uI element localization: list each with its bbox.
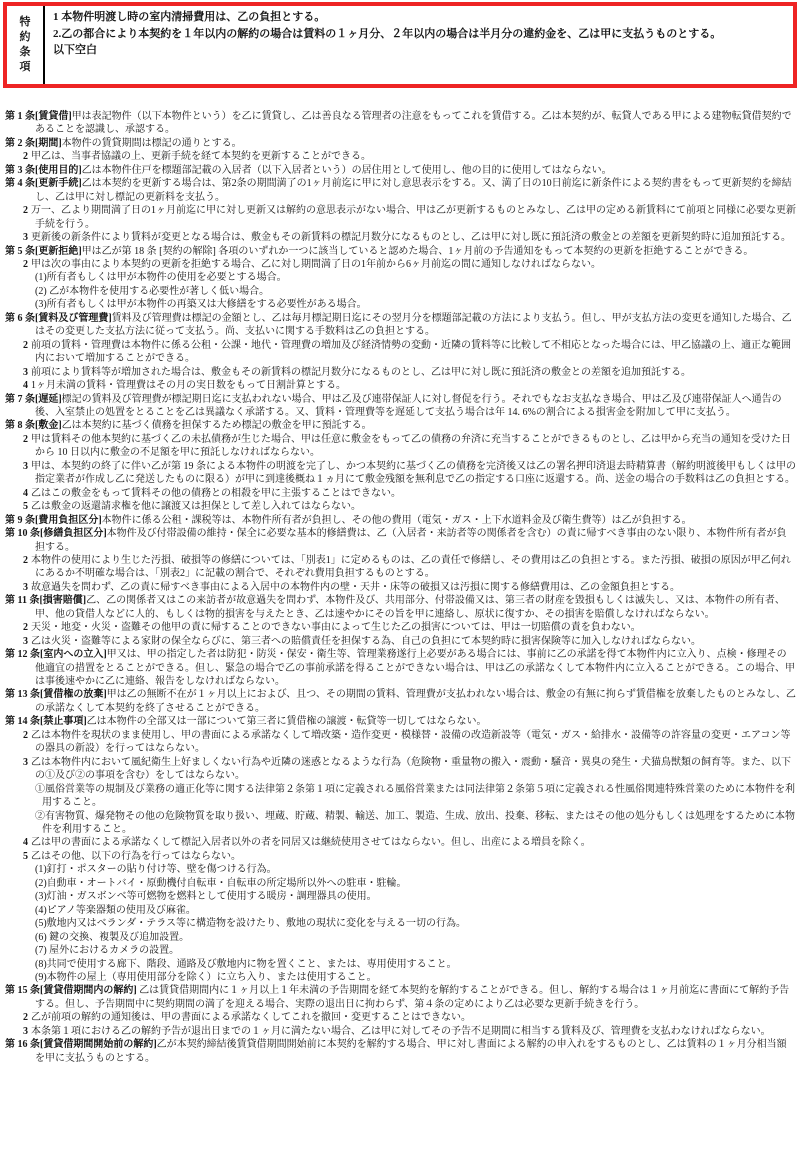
article-heading: 第 7 条[遅延] <box>5 394 62 405</box>
subclause-detail-item: (3)所有者もしくは甲が本物件の再築又は大修繕をする必要性がある場合。 <box>5 298 796 311</box>
subclause-detail-item: (5)敷地内又はベランダ・テラス等に構造物を設けたり、敷地の現状に変化を与える一… <box>5 917 796 930</box>
subclause-number: 2 <box>23 205 28 216</box>
subclause-text: 万一、乙より期間満了日の1ヶ月前迄に甲に対し更新又は解約の意思表示がない場合、甲… <box>31 205 796 229</box>
subclause-detail-item: (6) 鍵の交換、複製及び追加設置。 <box>5 931 796 944</box>
article-heading: 第 5 条[更新拒絶] <box>5 246 82 257</box>
article-heading: 第 2 条[期間] <box>5 138 62 149</box>
article-paragraph: 第 15 条[賃貸借期間内の解約] 乙は賃貸借期間内に１ヶ月以上１年未満の予告期… <box>5 984 796 1011</box>
article: 第 13 条[賃借権の放棄]甲は乙の無断不在が１ヶ月以上におよび、且つ、その期間… <box>5 688 796 715</box>
article-subclause: 3前項により賃料等が増加された場合は、敷金もその新賃料の標記月数分になるものとし… <box>5 366 796 379</box>
article-paragraph: 第 12 条[室内への立入]甲又は、甲の指定した者は防犯・防災・保安・衛生等、管… <box>5 648 796 688</box>
article-subclause: 2甲は賃料その他本契約に基づく乙の未払債務が生じた場合、甲は任意に敷金をもって乙… <box>5 433 796 460</box>
subclause-text: 乙は敷金の返還請求権を他に譲渡又は担保として差し入れてはならない。 <box>31 501 361 512</box>
subclause-number: 2 <box>23 151 28 162</box>
special-provision-line: 1 本物件明渡し時の室内清掃費用は、乙の負担とする。 <box>53 9 785 26</box>
special-provisions-content: 1 本物件明渡し時の室内清掃費用は、乙の負担とする。 2.乙の都合により本契約を… <box>43 6 793 84</box>
article-body: 乙は本物件の全部又は一部について第三者に賃借権の譲渡・転貸等一切してはならない。 <box>87 716 487 727</box>
subclause-text: 甲は次の事由により本契約の更新を拒絶する場合、乙に対し期間満了日の1年前から6ヶ… <box>31 259 601 270</box>
subclause-number: 2 <box>23 730 28 741</box>
article-heading: 第 8 条[敷金] <box>5 420 62 431</box>
article-subclause: 3甲は、本契約の終了に伴い乙が第 19 条による本物件の明渡を完了し、かつ本契約… <box>5 460 796 487</box>
subclause-text: 乙はその他、以下の行為を行ってはならない。 <box>31 851 241 862</box>
article-body: 本物件及び付帯設備の維持・保全に必要な基本的修繕費は、乙（入居者・来訪者等の関係… <box>35 528 786 552</box>
subclause-detail-item: ②有害物質、爆発物その他の危険物質を取り扱い、埋蔵、貯蔵、精製、輸送、加工、製造… <box>5 810 796 837</box>
subclause-number: 3 <box>23 232 28 243</box>
article-paragraph: 第 13 条[賃借権の放棄]甲は乙の無断不在が１ヶ月以上におよび、且つ、その期間… <box>5 688 796 715</box>
subclause-text: 本条第１項における乙の解約予告が退出日までの１ヶ月に満たない場合、乙は甲に対して… <box>31 1026 771 1037</box>
article-paragraph: 第 1 条[賃貸借]甲は表記物件（以下本物件という）を乙に賃貸し、乙は善良なる管… <box>5 110 796 137</box>
article-body: 乙は本契約を更新する場合は、第2条の期間満了の1ヶ月前迄に甲に対し意思表示をする… <box>35 178 792 202</box>
subclause-detail-item: (4)ピアノ等楽器類の使用及び麻雀。 <box>5 904 796 917</box>
special-provisions-box: 特約条項 1 本物件明渡し時の室内清掃費用は、乙の負担とする。 2.乙の都合によ… <box>3 2 797 88</box>
subclause-text: 本物件の使用により生じた汚損、破損等の修繕については、「別表1」に定めるものは、… <box>31 555 791 579</box>
article-paragraph: 第 9 条[費用負担区分]本物件に係る公租・課税等は、本物件所有者が負担し、その… <box>5 514 796 527</box>
article: 第 14 条[禁止事項]乙は本物件の全部又は一部について第三者に賃借権の譲渡・転… <box>5 715 796 984</box>
special-provision-line: 以下空白 <box>53 42 785 59</box>
subclause-detail-item: (1)所有者もしくは甲が本物件の使用を必要とする場合。 <box>5 271 796 284</box>
article-body: 賃料及び管理費は標記の金額とし、乙は毎月標記期日迄にその翌月分を標題部記載の方法… <box>35 313 792 337</box>
article-paragraph: 第 6 条[賃料及び管理費]賃料及び管理費は標記の金額とし、乙は毎月標記期日迄に… <box>5 312 796 339</box>
article-subclause: 3乙は本物件内において風紀衛生上好ましくない行為や近隣の迷惑となるような行為（危… <box>5 756 796 783</box>
article-subclause: 3乙は火災・盗難等による家財の保全ならびに、第三者への賠償責任を担保する為、自己… <box>5 635 796 648</box>
article-body: 甲又は、甲の指定した者は防犯・防災・保安・衛生等、管理業務遂行上必要がある場合に… <box>35 649 795 687</box>
subclause-text: 甲は賃料その他本契約に基づく乙の未払債務が生じた場合、甲は任意に敷金をもって乙の… <box>31 434 791 458</box>
subclause-text: 甲は、本契約の終了に伴い乙が第 19 条による本物件の明渡を完了し、かつ本契約に… <box>31 461 796 485</box>
article-body: 本物件の賃貸期間は標記の通りとする。 <box>62 138 242 149</box>
article-heading: 第 16 条[賃貸借期間開始前の解約] <box>5 1039 157 1050</box>
article-body: 乙は賃貸借期間内に１ヶ月以上１年未満の予告期間を経て本契約を解約することができる… <box>35 985 789 1009</box>
article-paragraph: 第 14 条[禁止事項]乙は本物件の全部又は一部について第三者に賃借権の譲渡・転… <box>5 715 796 728</box>
article: 第 7 条[遅延]標記の賃料及び管理費が標記期日迄に支払われない場合、甲は乙及び… <box>5 393 796 420</box>
subclause-number: 3 <box>23 582 28 593</box>
article-heading: 第 11 条[損害賠償] <box>5 595 86 606</box>
article-subclause: 2甲乙は、当事者協議の上、更新手続を経て本契約を更新することができる。 <box>5 150 796 163</box>
article-paragraph: 第 16 条[賃貸借期間開始前の解約]乙が本契約締結後賃貸借期間開始前に本契約を… <box>5 1038 796 1065</box>
article-paragraph: 第 5 条[更新拒絶]甲は乙が第 18 条 [契約の解除] 各項のいずれか一つに… <box>5 245 796 258</box>
subclause-detail-item: (2) 乙が本物件を使用する必要性が著しく低い場合。 <box>5 285 796 298</box>
article: 第 2 条[期間]本物件の賃貸期間は標記の通りとする。2甲乙は、当事者協議の上、… <box>5 137 796 164</box>
subclause-number: 2 <box>23 259 28 270</box>
article-subclause: 2天災・地変・火災・盗難その他甲の責に帰することのできない事由によって生じた乙の… <box>5 621 796 634</box>
subclause-number: 4 <box>23 488 28 499</box>
article-heading: 第 12 条[室内への立入] <box>5 649 107 660</box>
article-body: 標記の賃料及び管理費が標記期日迄に支払われない場合、甲は乙及び連帯保証人に対し督… <box>35 394 782 418</box>
subclause-number: 5 <box>23 501 28 512</box>
special-provisions-label-text: 特約条項 <box>20 15 31 75</box>
article-subclause: 4乙は甲の書面による承諾なくして標記入居者以外の者を同居又は継続使用させてはなら… <box>5 836 796 849</box>
article-subclause: 2乙が前項の解約の通知後は、甲の書面による承諾なくしてこれを撤回・変更することは… <box>5 1011 796 1024</box>
article-paragraph: 第 10 条[修繕負担区分]本物件及び付帯設備の維持・保全に必要な基本的修繕費は… <box>5 527 796 554</box>
subclause-text: 乙は火災・盗難等による家財の保全ならびに、第三者への賠償責任を担保する為、自己の… <box>31 636 701 647</box>
article-subclause: 5乙はその他、以下の行為を行ってはならない。 <box>5 850 796 863</box>
articles-list: 第 1 条[賃貸借]甲は表記物件（以下本物件という）を乙に賃貸し、乙は善良なる管… <box>0 88 800 1065</box>
subclause-text: 更新後の新条件により賃料が変更となる場合は、敷金もその新賃料の標記月数分になるも… <box>31 232 791 243</box>
subclause-detail-item: (2)自動車・オートバイ・原動機付自転車・自転車の所定場所以外への駐車・駐輪。 <box>5 877 796 890</box>
article-subclause: 41ヶ月未満の賃料・管理費はその月の実日数をもって日割計算とする。 <box>5 379 796 392</box>
subclause-text: 天災・地変・火災・盗難その他甲の責に帰することのできない事由によって生じた乙の損… <box>31 622 641 633</box>
article-subclause: 2本物件の使用により生じた汚損、破損等の修繕については、「別表1」に定めるものは… <box>5 554 796 581</box>
article-subclause: 3更新後の新条件により賃料が変更となる場合は、敷金もその新賃料の標記月数分になる… <box>5 231 796 244</box>
subclause-number: 2 <box>23 1012 28 1023</box>
subclause-text: 乙が前項の解約の通知後は、甲の書面による承諾なくしてこれを撤回・変更することはで… <box>31 1012 471 1023</box>
article-heading: 第 1 条[賃貸借] <box>5 111 72 122</box>
article-paragraph: 第 11 条[損害賠償]乙、乙の関係者又はこの来訪者が故意過失を問わず、本物件及… <box>5 594 796 621</box>
subclause-number: 3 <box>23 461 28 472</box>
subclause-detail-item: (7) 屋外におけるカメラの設置。 <box>5 944 796 957</box>
article-paragraph: 第 3 条[使用目的]乙は本物件住戸を標題部記載の入居者（以下入居者という）の居… <box>5 164 796 177</box>
article-subclause: 4乙はこの敷金をもって賃料その他の債務との相殺を甲に主張することはできない。 <box>5 487 796 500</box>
subclause-text: 1ヶ月未満の賃料・管理費はその月の実日数をもって日割計算とする。 <box>31 380 346 391</box>
article: 第 6 条[賃料及び管理費]賃料及び管理費は標記の金額とし、乙は毎月標記期日迄に… <box>5 312 796 393</box>
article: 第 15 条[賃貸借期間内の解約] 乙は賃貸借期間内に１ヶ月以上１年未満の予告期… <box>5 984 796 1038</box>
subclause-text: 乙は本物件を現状のまま使用し、甲の書面による承諾なくして増改築・造作変更・模様替… <box>31 730 791 754</box>
article-subclause: 2乙は本物件を現状のまま使用し、甲の書面による承諾なくして増改築・造作変更・模様… <box>5 729 796 756</box>
subclause-detail-item: ①風俗営業等の規制及び業務の適正化等に関する法律第２条第１項に定義される風俗営業… <box>5 783 796 810</box>
article: 第 4 条[更新手続]乙は本契約を更新する場合は、第2条の期間満了の1ヶ月前迄に… <box>5 177 796 244</box>
article-paragraph: 第 8 条[敷金]乙は本契約に基づく債務を担保するため標記の敷金を甲に預託する。 <box>5 419 796 432</box>
article-body: 甲は乙が第 18 条 [契約の解除] 各項のいずれか一つに該当していると認めた場… <box>82 246 754 257</box>
article-heading: 第 9 条[費用負担区分] <box>5 515 102 526</box>
article-heading: 第 14 条[禁止事項] <box>5 716 87 727</box>
article-subclause: 3故意過失を問わず、乙の責に帰すべき事由による入居中の本物件内の壁・天井・床等の… <box>5 581 796 594</box>
article-subclause: 5乙は敷金の返還請求権を他に譲渡又は担保として差し入れてはならない。 <box>5 500 796 513</box>
subclause-text: 前項の賃料・管理費は本物件に係る公租・公課・地代・管理費の増加及び経済情勢の変動… <box>31 340 791 364</box>
subclause-detail-item: (3)灯油・ガスボンベ等可燃物を燃料として使用する暖房・調理器具の使用。 <box>5 890 796 903</box>
subclause-number: 4 <box>23 380 28 391</box>
article: 第 12 条[室内への立入]甲又は、甲の指定した者は防犯・防災・保安・衛生等、管… <box>5 648 796 688</box>
subclause-number: 3 <box>23 1026 28 1037</box>
article-body: 乙、乙の関係者又はこの来訪者が故意過失を問わず、本物件及び、共用部分、付帯設備又… <box>35 595 785 619</box>
subclause-number: 2 <box>23 340 28 351</box>
subclause-text: 故意過失を問わず、乙の責に帰すべき事由による入居中の本物件内の壁・天井・床等の破… <box>31 582 680 593</box>
article-subclause: 2前項の賃料・管理費は本物件に係る公租・公課・地代・管理費の増加及び経済情勢の変… <box>5 339 796 366</box>
article-body: 乙は本物件住戸を標題部記載の入居者（以下入居者という）の居住用として使用し、他の… <box>82 165 612 176</box>
article: 第 3 条[使用目的]乙は本物件住戸を標題部記載の入居者（以下入居者という）の居… <box>5 164 796 177</box>
subclause-detail-item: (8)共同で使用する廊下、階段、通路及び敷地内に物を置くこと、または、専用使用す… <box>5 958 796 971</box>
article: 第 5 条[更新拒絶]甲は乙が第 18 条 [契約の解除] 各項のいずれか一つに… <box>5 245 796 312</box>
article-body: 甲は表記物件（以下本物件という）を乙に賃貸し、乙は善良なる管理者の注意をもってこ… <box>35 111 792 135</box>
article-heading: 第 4 条[更新手続] <box>5 178 82 189</box>
subclause-number: 3 <box>23 636 28 647</box>
article-heading: 第 3 条[使用目的] <box>5 165 82 176</box>
subclause-number: 4 <box>23 837 28 848</box>
subclause-text: 乙は甲の書面による承諾なくして標記入居者以外の者を同居又は継続使用させてはならな… <box>31 837 591 848</box>
article: 第 11 条[損害賠償]乙、乙の関係者又はこの来訪者が故意過失を問わず、本物件及… <box>5 594 796 648</box>
subclause-number: 3 <box>23 757 28 768</box>
special-provision-line: 2.乙の都合により本契約を１年以内の解約の場合は賃料の１ヶ月分、２年以内の場合は… <box>53 26 785 43</box>
article: 第 1 条[賃貸借]甲は表記物件（以下本物件という）を乙に賃貸し、乙は善良なる管… <box>5 110 796 137</box>
subclause-text: 乙は本物件内において風紀衛生上好ましくない行為や近隣の迷惑となるような行為（危険… <box>31 757 791 781</box>
subclause-number: 2 <box>23 622 28 633</box>
article-heading: 第 6 条[賃料及び管理費] <box>5 313 112 324</box>
subclause-text: 甲乙は、当事者協議の上、更新手続を経て本契約を更新することができる。 <box>31 151 371 162</box>
article-paragraph: 第 4 条[更新手続]乙は本契約を更新する場合は、第2条の期間満了の1ヶ月前迄に… <box>5 177 796 204</box>
subclause-text: 乙はこの敷金をもって賃料その他の債務との相殺を甲に主張することはできない。 <box>31 488 401 499</box>
article-subclause: 3本条第１項における乙の解約予告が退出日までの１ヶ月に満たない場合、乙は甲に対し… <box>5 1025 796 1038</box>
article: 第 10 条[修繕負担区分]本物件及び付帯設備の維持・保全に必要な基本的修繕費は… <box>5 527 796 594</box>
subclause-detail-item: (9)本物件の屋上（専用使用部分を除く）に立ち入り、または使用すること。 <box>5 971 796 984</box>
article-heading: 第 13 条[賃借権の放棄] <box>5 689 107 700</box>
article-body: 本物件に係る公租・課税等は、本物件所有者が負担し、その他の費用（電気・ガス・上下… <box>102 515 692 526</box>
subclause-number: 2 <box>23 434 28 445</box>
subclause-number: 2 <box>23 555 28 566</box>
article-heading: 第 10 条[修繕負担区分] <box>5 528 107 539</box>
article: 第 8 条[敷金]乙は本契約に基づく債務を担保するため標記の敷金を甲に預託する。… <box>5 419 796 513</box>
subclause-detail-item: (1)釘打・ポスターの貼り付け等、壁を傷つける行為。 <box>5 863 796 876</box>
article-heading: 第 15 条[賃貸借期間内の解約] <box>5 985 137 996</box>
article-paragraph: 第 7 条[遅延]標記の賃料及び管理費が標記期日迄に支払われない場合、甲は乙及び… <box>5 393 796 420</box>
article-body: 甲は乙の無断不在が１ヶ月以上におよび、且つ、その期間の賃料、管理費が支払われない… <box>35 689 796 713</box>
subclause-text: 前項により賃料等が増加された場合は、敷金もその新賃料の標記月数分になるものとし、… <box>31 367 691 378</box>
article-body: 乙は本契約に基づく債務を担保するため標記の敷金を甲に預託する。 <box>62 420 372 431</box>
article: 第 16 条[賃貸借期間開始前の解約]乙が本契約締結後賃貸借期間開始前に本契約を… <box>5 1038 796 1065</box>
article-subclause: 2万一、乙より期間満了日の1ヶ月前迄に甲に対し更新又は解約の意思表示がない場合、… <box>5 204 796 231</box>
subclause-number: 5 <box>23 851 28 862</box>
article: 第 9 条[費用負担区分]本物件に係る公租・課税等は、本物件所有者が負担し、その… <box>5 514 796 527</box>
article-paragraph: 第 2 条[期間]本物件の賃貸期間は標記の通りとする。 <box>5 137 796 150</box>
subclause-number: 3 <box>23 367 28 378</box>
special-provisions-label: 特約条項 <box>7 6 43 84</box>
article-subclause: 2甲は次の事由により本契約の更新を拒絶する場合、乙に対し期間満了日の1年前から6… <box>5 258 796 271</box>
lease-contract-page: 特約条項 1 本物件明渡し時の室内清掃費用は、乙の負担とする。 2.乙の都合によ… <box>0 2 800 1065</box>
